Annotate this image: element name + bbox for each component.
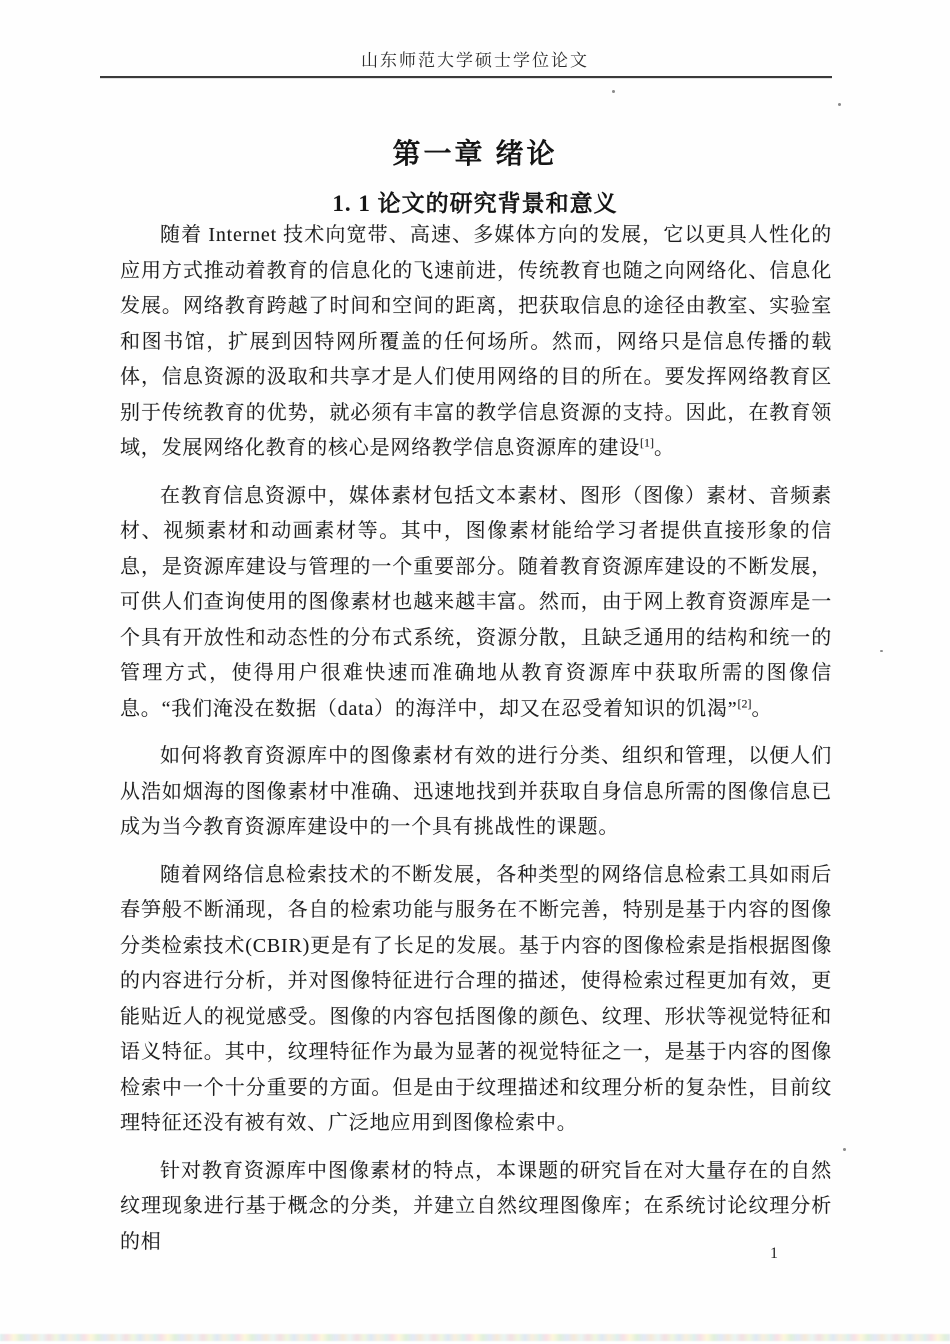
citation-ref-1: [1] — [640, 435, 654, 449]
paragraph-1-text: 随着 Internet 技术向宽带、高速、多媒体方向的发展，它以更具人性化的应用… — [120, 224, 832, 459]
running-header: 山东师范大学硕士学位论文 — [0, 46, 950, 71]
paragraph-4: 随着网络信息检索技术的不断发展，各种类型的网络信息检索工具如雨后春笋般不断涌现，… — [120, 858, 832, 1142]
scan-speck — [612, 90, 615, 93]
scan-noise-strip — [0, 1334, 950, 1341]
paragraph-2: 在教育信息资源中，媒体素材包括文本素材、图形（图像）素材、音频素材、视频素材和动… — [120, 479, 832, 728]
paragraph-1-tail: 。 — [654, 437, 675, 459]
section-title: 1. 1 论文的研究背景和意义 — [0, 185, 950, 218]
header-rule — [100, 76, 832, 78]
body-text: 随着 Internet 技术向宽带、高速、多媒体方向的发展，它以更具人性化的应用… — [120, 218, 832, 1272]
paragraph-5: 针对教育资源库中图像素材的特点，本课题的研究旨在对大量存在的自然纹理现象进行基于… — [120, 1154, 832, 1261]
scan-speck — [843, 1148, 846, 1151]
paragraph-2-text: 在教育信息资源中，媒体素材包括文本素材、图形（图像）素材、音频素材、视频素材和动… — [120, 485, 832, 720]
thesis-page: 山东师范大学硕士学位论文 第一章 绪论 1. 1 论文的研究背景和意义 随着 I… — [0, 0, 950, 1344]
citation-ref-2: [2] — [737, 696, 751, 710]
page-number: 1 — [770, 1245, 778, 1263]
chapter-title: 第一章 绪论 — [0, 132, 950, 172]
scan-speck — [838, 103, 841, 106]
paragraph-2-tail: 。 — [751, 698, 772, 720]
scan-speck — [880, 650, 883, 652]
paragraph-1: 随着 Internet 技术向宽带、高速、多媒体方向的发展，它以更具人性化的应用… — [120, 218, 832, 467]
paragraph-3: 如何将教育资源库中的图像素材有效的进行分类、组织和管理，以便人们从浩如烟海的图像… — [120, 739, 832, 846]
